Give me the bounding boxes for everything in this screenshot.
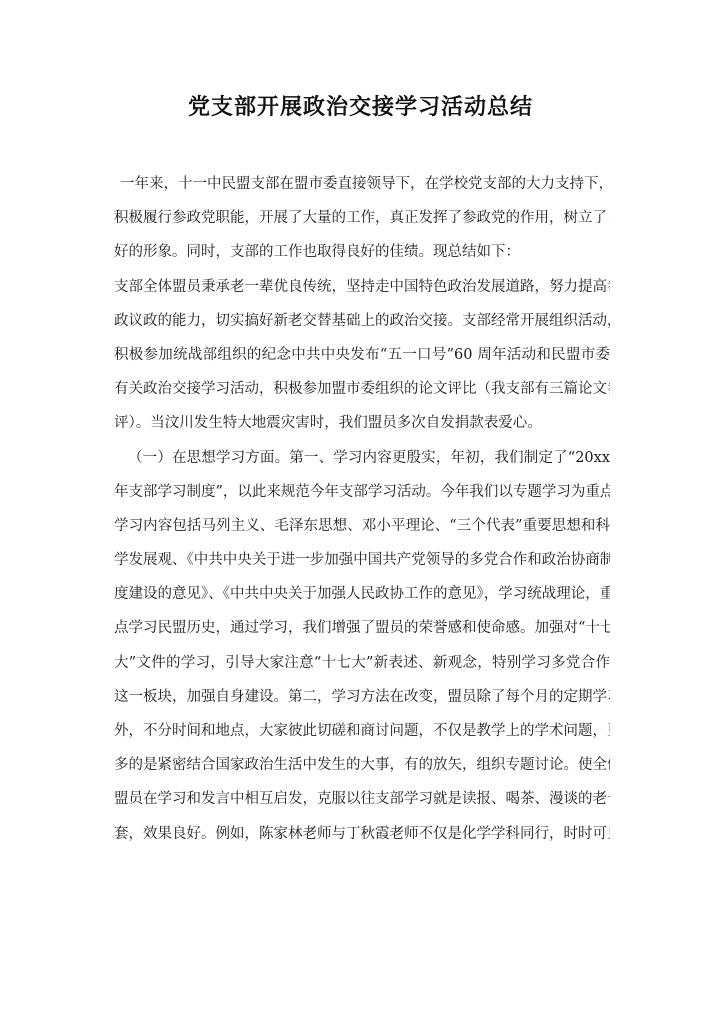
text-line: 这一板块，加强自身建设。第二，学习方法在改变，盟员除了每个月的定期学习 [114, 680, 610, 714]
document-title: 党支部开展政治交接学习活动总结 [0, 90, 721, 121]
text-line: 点学习民盟历史，通过学习，我们增强了盟员的荣誉感和使命感。加强对“十七 [114, 611, 610, 645]
text-line: 支部全体盟员秉承老一辈优良传统，坚持走中国特色政治发展道路，努力提高参 [114, 270, 610, 304]
text-line: 积极参加统战部组织的纪念中共中央发布“五一口号”60 周年活动和民盟市委 [114, 338, 610, 372]
text-line: 好的形象。同时，支部的工作也取得良好的佳绩。现总结如下： [114, 235, 610, 269]
document-body: 一年来，十一中民盟支部在盟市委直接领导下，在学校党支部的大力支持下， 积极履行参… [114, 167, 610, 851]
text-line: （一）在思想学习方面。第一、学习内容更殷实，年初，我们制定了“20xx [114, 441, 610, 475]
text-line: 大”文件的学习，引导大家注意“十七大”新表述、新观念，特别学习多党合作 [114, 646, 610, 680]
text-line: 积极履行参政党职能，开展了大量的工作，真正发挥了参政党的作用，树立了良 [114, 201, 610, 235]
text-line: 盟员在学习和发言中相互启发，克服以往支部学习就是读报、喝茶、漫谈的老一 [114, 782, 610, 816]
text-line: 有关政治交接学习活动，积极参加盟市委组织的论文评比（我支部有三篇论文参 [114, 372, 610, 406]
text-line: 学发展观、《中共中央关于进一步加强中国共产党领导的多党合作和政治协商制 [114, 543, 610, 577]
text-line: 评）。当汶川发生特大地震灾害时，我们盟员多次自发捐款表爱心。 [114, 406, 610, 440]
text-line: 年支部学习制度”，以此来规范今年支部学习活动。今年我们以专题学习为重点， [114, 475, 610, 509]
text-line: 度建设的意见》、《中共中央关于加强人民政协工作的意见》，学习统战理论，重 [114, 577, 610, 611]
text-line: 套，效果良好。例如，陈家林老师与丁秋霞老师不仅是化学学科同行，时时可见 [114, 817, 610, 851]
text-line: 一年来，十一中民盟支部在盟市委直接领导下，在学校党支部的大力支持下， [114, 167, 610, 201]
text-line: 学习内容包括马列主义、毛泽东思想、邓小平理论、“三个代表”重要思想和科 [114, 509, 610, 543]
text-line: 外，不分时间和地点，大家彼此切磋和商讨问题，不仅是教学上的学术问题，更 [114, 714, 610, 748]
text-line: 政议政的能力，切实搞好新老交替基础上的政治交接。支部经常开展组织活动， [114, 304, 610, 338]
text-line: 多的是紧密结合国家政治生活中发生的大事，有的放矢，组织专题讨论。使全体 [114, 748, 610, 782]
document-page: 党支部开展政治交接学习活动总结 一年来，十一中民盟支部在盟市委直接领导下，在学校… [0, 0, 721, 1020]
